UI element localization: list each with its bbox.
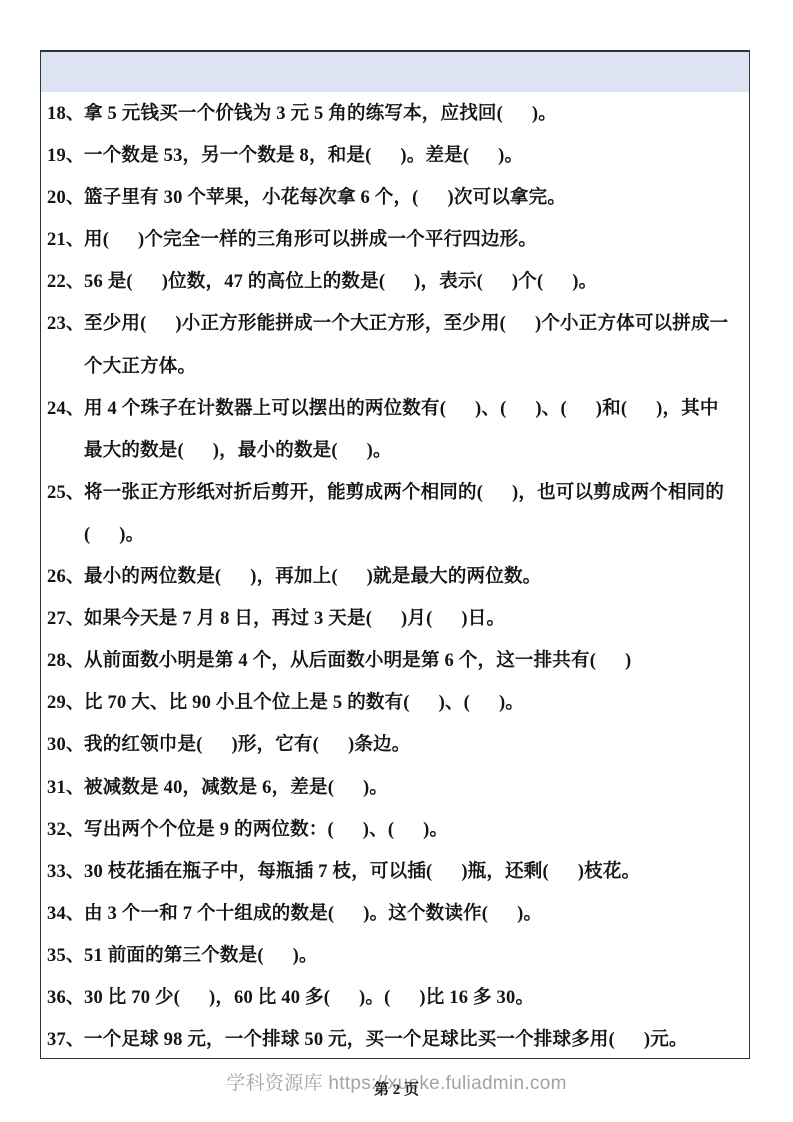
question-text: 至少用( )小正方形能拼成一个大正方形，至少用( )个小正方体可以拼成一	[84, 314, 728, 334]
question-text: 用( )个完全一样的三角形可以拼成一个平行四边形。	[84, 230, 537, 250]
question-line: 22、56 是( )位数，47 的高位上的数是( )，表示( )个( )。	[47, 261, 745, 303]
question-line: 34、由 3 个一和 7 个十组成的数是( )。这个数读作( )。	[47, 893, 745, 935]
question-29: 29、比 70 大、比 90 小且个位上是 5 的数有( )、( )。	[47, 682, 745, 724]
question-line: 29、比 70 大、比 90 小且个位上是 5 的数有( )、( )。	[47, 682, 745, 724]
questions-list: 18、拿 5 元钱买一个价钱为 3 元 5 角的练写本，应找回( )。19、一个…	[41, 92, 749, 1061]
question-text: 比 70 大、比 90 小且个位上是 5 的数有( )、( )。	[84, 693, 524, 713]
page-number-label: 第 2 页	[0, 1078, 793, 1099]
question-number: 32、	[47, 809, 84, 851]
question-line: 19、一个数是 53，另一个数是 8，和是( )。差是( )。	[47, 135, 745, 177]
question-continuation-line: 最大的数是( )，最小的数是( )。	[47, 430, 745, 472]
header-band	[41, 52, 749, 92]
question-number: 34、	[47, 893, 84, 935]
question-line: 24、用 4 个珠子在计数器上可以摆出的两位数有( )、( )、( )和( )，…	[47, 388, 745, 430]
question-text: 一个数是 53，另一个数是 8，和是( )。差是( )。	[84, 146, 523, 166]
question-number: 18、	[47, 93, 84, 135]
question-line: 25、将一张正方形纸对折后剪开，能剪成两个相同的( )，也可以剪成两个相同的	[47, 472, 745, 514]
question-number: 36、	[47, 977, 84, 1019]
question-line: 37、一个足球 98 元，一个排球 50 元，买一个足球比买一个排球多用( )元…	[47, 1019, 745, 1061]
question-line: 20、篮子里有 30 个苹果，小花每次拿 6 个，( )次可以拿完。	[47, 177, 745, 219]
question-number: 21、	[47, 219, 84, 261]
question-36: 36、30 比 70 少( )，60 比 40 多( )。( )比 16 多 3…	[47, 977, 745, 1019]
question-number: 31、	[47, 767, 84, 809]
question-number: 33、	[47, 851, 84, 893]
question-number: 22、	[47, 261, 84, 303]
question-number: 23、	[47, 303, 84, 345]
question-line: 18、拿 5 元钱买一个价钱为 3 元 5 角的练写本，应找回( )。	[47, 93, 745, 135]
worksheet-page-box: 18、拿 5 元钱买一个价钱为 3 元 5 角的练写本，应找回( )。19、一个…	[40, 50, 750, 1059]
question-line: 26、最小的两位数是( )，再加上( )就是最大的两位数。	[47, 556, 745, 598]
question-line: 23、至少用( )小正方形能拼成一个大正方形，至少用( )个小正方体可以拼成一	[47, 303, 745, 345]
question-text: 将一张正方形纸对折后剪开，能剪成两个相同的( )，也可以剪成两个相同的	[84, 483, 724, 503]
question-number: 25、	[47, 472, 84, 514]
question-text: 最小的两位数是( )，再加上( )就是最大的两位数。	[84, 567, 541, 587]
question-text: 从前面数小明是第 4 个，从后面数小明是第 6 个，这一排共有( )	[84, 651, 631, 671]
question-line: 28、从前面数小明是第 4 个，从后面数小明是第 6 个，这一排共有( )	[47, 640, 745, 682]
question-text: 拿 5 元钱买一个价钱为 3 元 5 角的练写本，应找回( )。	[84, 104, 557, 124]
question-28: 28、从前面数小明是第 4 个，从后面数小明是第 6 个，这一排共有( )	[47, 640, 745, 682]
question-27: 27、如果今天是 7 月 8 日，再过 3 天是( )月( )日。	[47, 598, 745, 640]
question-number: 35、	[47, 935, 84, 977]
question-number: 37、	[47, 1019, 84, 1061]
question-18: 18、拿 5 元钱买一个价钱为 3 元 5 角的练写本，应找回( )。	[47, 93, 745, 135]
question-text: 51 前面的第三个数是( )。	[84, 946, 318, 966]
question-line: 30、我的红领巾是( )形，它有( )条边。	[47, 724, 745, 766]
page-footer: 学科资源库 https://xueke.fuliadmin.com 第 2 页	[0, 1066, 793, 1116]
question-23: 23、至少用( )小正方形能拼成一个大正方形，至少用( )个小正方体可以拼成一个…	[47, 303, 745, 387]
question-line: 31、被减数是 40，减数是 6，差是( )。	[47, 767, 745, 809]
question-20: 20、篮子里有 30 个苹果，小花每次拿 6 个，( )次可以拿完。	[47, 177, 745, 219]
question-33: 33、30 枝花插在瓶子中，每瓶插 7 枝，可以插( )瓶，还剩( )枝花。	[47, 851, 745, 893]
question-line: 27、如果今天是 7 月 8 日，再过 3 天是( )月( )日。	[47, 598, 745, 640]
question-number: 29、	[47, 682, 84, 724]
question-22: 22、56 是( )位数，47 的高位上的数是( )，表示( )个( )。	[47, 261, 745, 303]
question-text: 30 比 70 少( )，60 比 40 多( )。( )比 16 多 30。	[84, 988, 534, 1008]
question-19: 19、一个数是 53，另一个数是 8，和是( )。差是( )。	[47, 135, 745, 177]
question-number: 30、	[47, 724, 84, 766]
question-24: 24、用 4 个珠子在计数器上可以摆出的两位数有( )、( )、( )和( )，…	[47, 388, 745, 472]
question-text: 用 4 个珠子在计数器上可以摆出的两位数有( )、( )、( )和( )，其中	[84, 399, 719, 419]
question-number: 26、	[47, 556, 84, 598]
question-32: 32、写出两个个位是 9 的两位数：( )、( )。	[47, 809, 745, 851]
question-26: 26、最小的两位数是( )，再加上( )就是最大的两位数。	[47, 556, 745, 598]
question-number: 27、	[47, 598, 84, 640]
question-number: 20、	[47, 177, 84, 219]
question-30: 30、我的红领巾是( )形，它有( )条边。	[47, 724, 745, 766]
question-text: 一个足球 98 元，一个排球 50 元，买一个足球比买一个排球多用( )元。	[84, 1030, 688, 1050]
question-35: 35、51 前面的第三个数是( )。	[47, 935, 745, 977]
question-25: 25、将一张正方形纸对折后剪开，能剪成两个相同的( )，也可以剪成两个相同的( …	[47, 472, 745, 556]
question-number: 24、	[47, 388, 84, 430]
question-text: 由 3 个一和 7 个十组成的数是( )。这个数读作( )。	[84, 904, 542, 924]
question-line: 35、51 前面的第三个数是( )。	[47, 935, 745, 977]
question-text: 写出两个个位是 9 的两位数：( )、( )。	[84, 820, 448, 840]
question-21: 21、用( )个完全一样的三角形可以拼成一个平行四边形。	[47, 219, 745, 261]
question-line: 33、30 枝花插在瓶子中，每瓶插 7 枝，可以插( )瓶，还剩( )枝花。	[47, 851, 745, 893]
question-31: 31、被减数是 40，减数是 6，差是( )。	[47, 767, 745, 809]
question-text: 如果今天是 7 月 8 日，再过 3 天是( )月( )日。	[84, 609, 505, 629]
question-number: 19、	[47, 135, 84, 177]
question-text: 30 枝花插在瓶子中，每瓶插 7 枝，可以插( )瓶，还剩( )枝花。	[84, 862, 640, 882]
question-text: 我的红领巾是( )形，它有( )条边。	[84, 735, 410, 755]
question-continuation-line: ( )。	[47, 514, 745, 556]
question-37: 37、一个足球 98 元，一个排球 50 元，买一个足球比买一个排球多用( )元…	[47, 1019, 745, 1061]
question-line: 21、用( )个完全一样的三角形可以拼成一个平行四边形。	[47, 219, 745, 261]
question-line: 32、写出两个个位是 9 的两位数：( )、( )。	[47, 809, 745, 851]
question-34: 34、由 3 个一和 7 个十组成的数是( )。这个数读作( )。	[47, 893, 745, 935]
question-text: 篮子里有 30 个苹果，小花每次拿 6 个，( )次可以拿完。	[84, 188, 566, 208]
question-text: 被减数是 40，减数是 6，差是( )。	[84, 778, 388, 798]
question-number: 28、	[47, 640, 84, 682]
question-line: 36、30 比 70 少( )，60 比 40 多( )。( )比 16 多 3…	[47, 977, 745, 1019]
question-continuation-line: 个大正方体。	[47, 346, 745, 388]
question-text: 56 是( )位数，47 的高位上的数是( )，表示( )个( )。	[84, 272, 597, 292]
